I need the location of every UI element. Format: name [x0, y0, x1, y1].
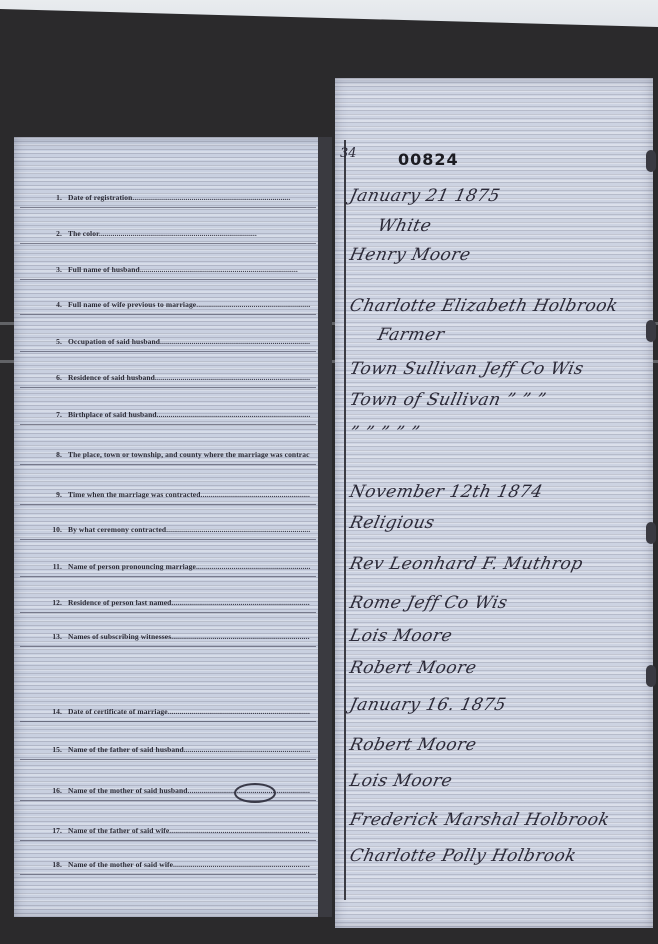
- handwritten-value: Town of Sullivan ” ” ”: [348, 390, 548, 410]
- field-number: 2.: [40, 229, 62, 238]
- rule-line: [20, 576, 316, 577]
- binder-hole: [646, 665, 656, 687]
- field-label-text: Occupation of said husband: [68, 337, 160, 346]
- leader-dots: ........................................…: [188, 786, 310, 795]
- handwritten-value: Charlotte Polly Holbrook: [348, 846, 578, 866]
- field-number: 12.: [40, 598, 62, 607]
- field-label-text: Name of the mother of said wife: [68, 860, 173, 869]
- rule-line: [20, 504, 316, 505]
- binder-hole: [646, 522, 656, 544]
- leader-dots: ........................................…: [99, 229, 257, 238]
- rule-line: [20, 721, 316, 722]
- field-label: 8.The place, town or township, and count…: [40, 450, 310, 459]
- field-number: 6.: [40, 373, 62, 382]
- handwritten-value: January 21 1875: [348, 186, 502, 206]
- field-label: 5.Occupation of said husband............…: [40, 337, 310, 346]
- field-number: 9.: [40, 490, 62, 499]
- rule-line: [20, 243, 316, 244]
- handwritten-value: ” ” ” ” ”: [348, 423, 422, 443]
- handwritten-value: Charlotte Elizabeth Holbrook: [348, 296, 620, 316]
- field-label: 11.Name of person pronouncing marriage..…: [40, 562, 310, 571]
- field-number: 7.: [40, 410, 62, 419]
- field-number: 10.: [40, 525, 62, 534]
- leader-dots: ........................................…: [184, 745, 310, 754]
- field-label: 4.Full name of wife previous to marriage…: [40, 300, 310, 309]
- field-number: 5.: [40, 337, 62, 346]
- field-label: 16.Name of the mother of said husband...…: [40, 786, 310, 795]
- rule-line: [20, 424, 316, 425]
- field-number: 3.: [40, 265, 62, 274]
- rule-line: [20, 207, 316, 208]
- field-label: 15.Name of the father of said husband...…: [40, 745, 310, 754]
- rule-line: [20, 464, 316, 465]
- field-label-text: Residence of person last named: [68, 598, 171, 607]
- leader-dots: ........................................…: [171, 598, 310, 607]
- handwritten-value: Town Sullivan Jeff Co Wis: [348, 359, 586, 379]
- field-label: 1.Date of registration..................…: [40, 193, 310, 202]
- field-label: 10.By what ceremony contracted..........…: [40, 525, 310, 534]
- handwritten-value: Henry Moore: [348, 245, 473, 265]
- field-label-text: Full name of wife previous to marriage: [68, 300, 196, 309]
- field-label: 9.Time when the marriage was contracted.…: [40, 490, 310, 499]
- rule-line: [20, 387, 316, 388]
- field-label: 17.Name of the father of said wife......…: [40, 826, 310, 835]
- field-number: 4.: [40, 300, 62, 309]
- field-label: 18.Name of the mother of said wife......…: [40, 860, 310, 869]
- leader-dots: ........................................…: [166, 525, 310, 534]
- field-label-text: The color: [68, 229, 99, 238]
- field-number: 18.: [40, 860, 62, 869]
- field-label: 14.Date of certificate of marriage......…: [40, 707, 310, 716]
- field-label: 13.Names of subscribing witnesses.......…: [40, 632, 310, 641]
- leader-dots: ........................................…: [155, 373, 310, 382]
- leader-dots: ........................................…: [160, 337, 310, 346]
- leader-dots: ........................................…: [171, 632, 310, 641]
- page-gutter: [318, 137, 332, 917]
- leader-dots: ........................................…: [140, 265, 298, 274]
- field-label: 6.Residence of said husband.............…: [40, 373, 310, 382]
- field-label-text: Name of person pronouncing marriage: [68, 562, 196, 571]
- binder-hole: [646, 320, 656, 342]
- leader-dots: ........................................…: [157, 410, 310, 419]
- handwritten-value: November 12th 1874: [348, 482, 545, 502]
- field-label-text: Full name of husband: [68, 265, 140, 274]
- leader-dots: ........................................…: [196, 300, 310, 309]
- leader-dots: ........................................…: [168, 707, 310, 716]
- rule-line: [20, 759, 316, 760]
- field-label-text: Name of the father of said wife: [68, 826, 169, 835]
- field-number: 17.: [40, 826, 62, 835]
- field-number: 1.: [40, 193, 62, 202]
- rule-line: [20, 840, 316, 841]
- field-label-text: Residence of said husband: [68, 373, 155, 382]
- rule-line: [20, 314, 316, 315]
- handwritten-value: Religious: [348, 513, 437, 533]
- leader-dots: ........................................…: [169, 826, 310, 835]
- field-label-text: Birthplace of said husband: [68, 410, 157, 419]
- handwritten-value: Lois Moore: [348, 626, 454, 646]
- rule-line: [20, 351, 316, 352]
- field-number: 16.: [40, 786, 62, 795]
- field-label: 12.Residence of person last named.......…: [40, 598, 310, 607]
- rule-line: [20, 874, 316, 875]
- field-number: 8.: [40, 450, 62, 459]
- rule-line: [20, 279, 316, 280]
- field-number: 11.: [40, 562, 62, 571]
- handwritten-value: Farmer: [376, 325, 446, 345]
- corner-mark: 34: [340, 146, 357, 161]
- handwritten-value: Lois Moore: [348, 771, 454, 791]
- field-label-text: Date of certificate of marriage: [68, 707, 168, 716]
- field-number: 15.: [40, 745, 62, 754]
- rule-line: [20, 539, 316, 540]
- margin-rule: [344, 140, 346, 900]
- field-label-text: Name of the mother of said husband: [68, 786, 188, 795]
- handwritten-value: White: [376, 216, 434, 236]
- rule-line: [20, 612, 316, 613]
- field-label-text: By what ceremony contracted: [68, 525, 166, 534]
- rule-line: [20, 800, 316, 801]
- field-label: 2.The color.............................…: [40, 229, 310, 238]
- field-number: 14.: [40, 707, 62, 716]
- handwritten-value: Robert Moore: [348, 735, 479, 755]
- rule-line: [20, 646, 316, 647]
- binder-hole: [646, 150, 656, 172]
- handwritten-value: Frederick Marshal Holbrook: [348, 810, 612, 830]
- leader-dots: ........................................…: [201, 490, 311, 499]
- handwritten-value: Rome Jeff Co Wis: [348, 593, 510, 613]
- field-label-text: Name of the father of said husband: [68, 745, 184, 754]
- field-label-text: Names of subscribing witnesses: [68, 632, 171, 641]
- field-label-text: The place, town or township, and county …: [68, 450, 310, 459]
- leader-dots: ........................................…: [132, 193, 290, 202]
- field-number: 13.: [40, 632, 62, 641]
- handwritten-value: Rev Leonhard F. Muthrop: [348, 554, 585, 574]
- field-label-text: Time when the marriage was contracted: [68, 490, 201, 499]
- field-label: 3.Full name of husband..................…: [40, 265, 310, 274]
- scanner-glare: [0, 0, 658, 30]
- record-number: 00824: [398, 150, 459, 169]
- field-label-text: Date of registration: [68, 193, 132, 202]
- leader-dots: ........................................…: [196, 562, 310, 571]
- handwritten-value: Robert Moore: [348, 658, 479, 678]
- leader-dots: ........................................…: [173, 860, 310, 869]
- handwritten-value: January 16. 1875: [348, 695, 508, 715]
- field-label: 7.Birthplace of said husband............…: [40, 410, 310, 419]
